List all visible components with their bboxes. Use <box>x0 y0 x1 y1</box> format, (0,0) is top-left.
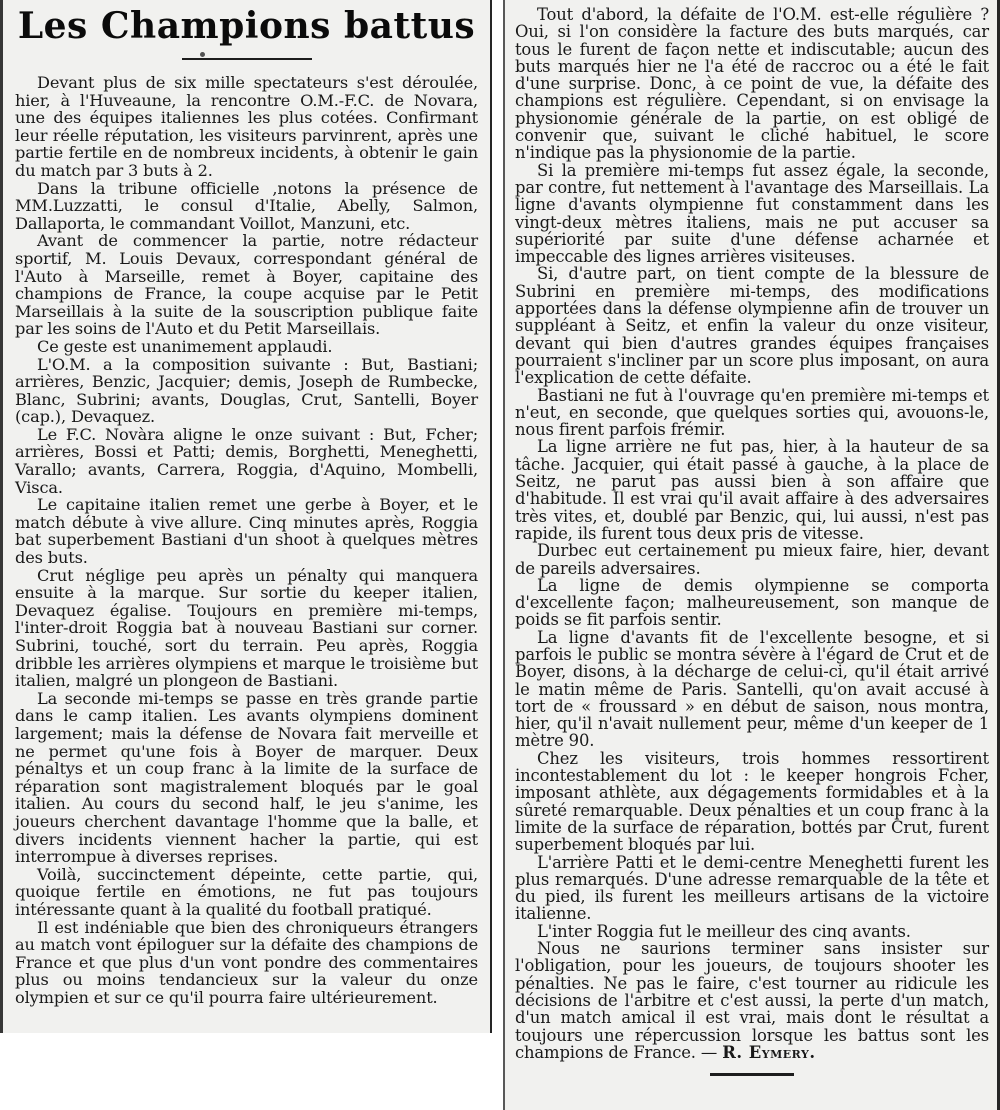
paragraph: La seconde mi-temps se passe en très gra… <box>15 690 478 866</box>
paragraph: Ce geste est unanimement applaudi. <box>15 338 478 356</box>
author-signature: R. Eymery. <box>722 1043 815 1062</box>
paragraph: L'O.M. a la composition suivante : But, … <box>15 356 478 426</box>
headline-divider <box>182 58 312 60</box>
paragraph: Voilà, succinctement dépeinte, cette par… <box>15 866 478 919</box>
article-end-divider <box>710 1073 794 1076</box>
article-column-right: Tout d'abord, la défaite de l'O.M. est-e… <box>503 0 1000 1110</box>
paragraph: L'inter Roggia fut le meilleur des cinq … <box>515 923 989 940</box>
article-column-left: Les Champions battus Devant plus de six … <box>0 0 492 1033</box>
paragraph: Dans la tribune officielle ,notons la pr… <box>15 180 478 233</box>
paragraph: Tout d'abord, la défaite de l'O.M. est-e… <box>515 6 989 162</box>
paragraph: Durbec eut certainement pu mieux faire, … <box>515 542 989 577</box>
paragraph: La ligne d'avants fit de l'excellente be… <box>515 629 989 750</box>
paragraph: La ligne arrière ne fut pas, hier, à la … <box>515 438 989 542</box>
article-headline: Les Champions battus <box>15 6 478 46</box>
paragraph: Avant de commencer la partie, notre réda… <box>15 232 478 338</box>
paragraph: Bastiani ne fut à l'ouvrage qu'en premiè… <box>515 387 989 439</box>
paragraph: Si la première mi-temps fut assez égale,… <box>515 162 989 266</box>
paragraph: L'arrière Patti et le demi-centre Menegh… <box>515 854 989 923</box>
paragraph: Si, d'autre part, on tient compte de la … <box>515 265 989 386</box>
paragraph: Le capitaine italien remet une gerbe à B… <box>15 496 478 566</box>
paragraph: Il est indéniable que bien des chronique… <box>15 919 478 1007</box>
paragraph: Le F.C. Novàra aligne le onze suivant : … <box>15 426 478 496</box>
paragraph: Chez les visiteurs, trois hommes ressort… <box>515 750 989 854</box>
paragraph: Crut néglige peu après un pénalty qui ma… <box>15 567 478 690</box>
paragraph-final: Nous ne saurions terminer sans insister … <box>515 940 989 1061</box>
paragraph: Devant plus de six mille spectateurs s'e… <box>15 74 478 180</box>
paragraph: La ligne de demis olympienne se comporta… <box>515 577 989 629</box>
